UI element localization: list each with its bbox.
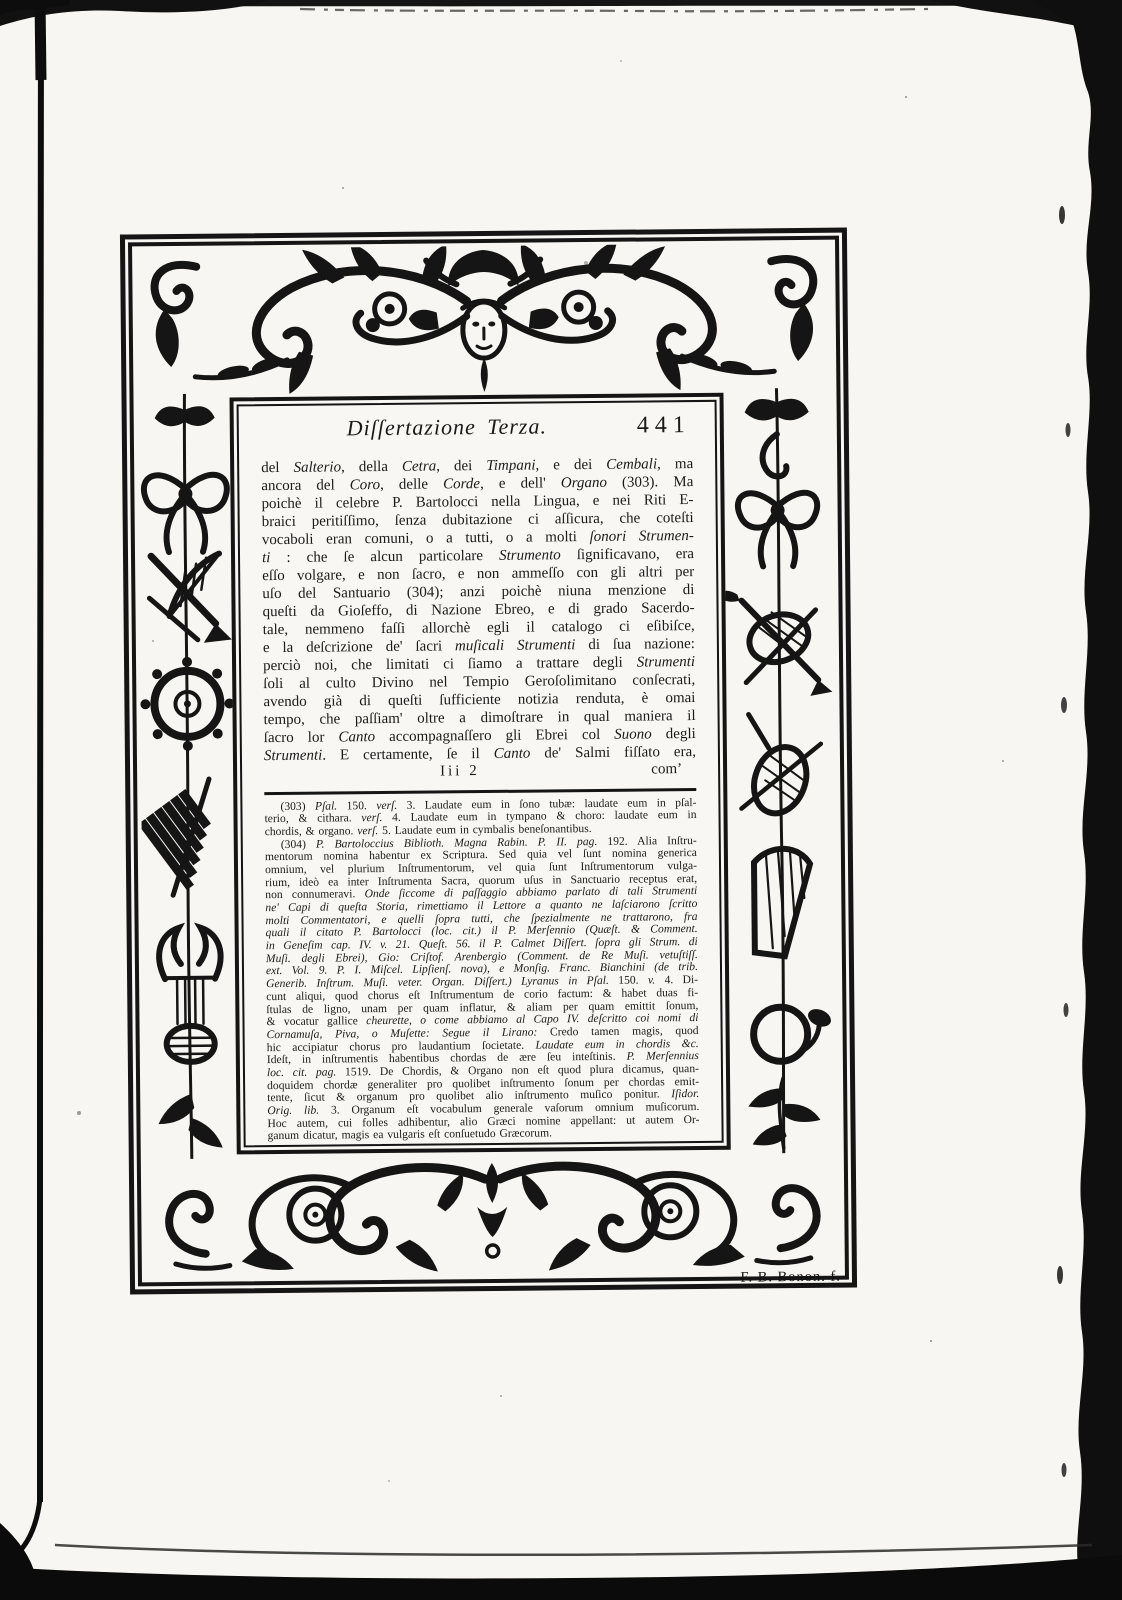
mask-face-icon xyxy=(463,301,506,392)
page-edge-right xyxy=(1032,0,1122,1600)
text-panel: Diſſertazione Terza. 441 del Salterio, d… xyxy=(229,393,730,1155)
ornament-top-engraving xyxy=(136,243,832,400)
text-panel-inner-border: Diſſertazione Terza. 441 del Salterio, d… xyxy=(237,400,724,1148)
page-edge-bottom xyxy=(0,1505,1122,1600)
footnote-304: (304) P. Bartoloccius Biblioth. Magna Ra… xyxy=(265,835,700,1144)
scroll-icon xyxy=(762,434,786,476)
instrument-trophy-left xyxy=(137,393,237,1159)
page-head: Diſſertazione Terza. 441 xyxy=(261,412,693,450)
horn-and-harp-icon xyxy=(149,553,232,643)
text-line: ganum dicatur, magis ea vulgaris eſt con… xyxy=(268,1126,700,1143)
footnote-rule xyxy=(264,788,696,795)
footnote-303: (303) Pſal. 150. verſ. 3. Laudate eum in… xyxy=(264,797,696,839)
gutter-shadow xyxy=(0,0,70,1600)
page-number: 441 xyxy=(637,412,691,440)
body-text: del Salterio, della Cetra, dei Timpani, … xyxy=(261,455,696,765)
tambourine-icon xyxy=(140,656,235,751)
engraver-credit: F. B. Bonon. f. xyxy=(740,1269,841,1287)
ornament-bottom-engraving xyxy=(145,1148,841,1279)
leaf-spray-icon xyxy=(158,1094,194,1124)
page-edge-top xyxy=(0,0,1122,36)
hunting-horn-icon xyxy=(753,1006,834,1062)
bagpipe-icon xyxy=(721,590,832,697)
ornamental-frame: Diſſertazione Terza. 441 del Salterio, d… xyxy=(120,228,857,1295)
catchline: Iii 2 com’ xyxy=(264,761,696,784)
panpipes-icon xyxy=(137,774,237,898)
running-title: Diſſertazione Terza. xyxy=(261,413,633,443)
instrument-trophy-right xyxy=(721,388,839,1154)
gathering-signature-mark: Iii 2 xyxy=(440,763,480,780)
scanned-book-page: Diſſertazione Terza. 441 del Salterio, d… xyxy=(0,0,1122,1600)
catchword: com’ xyxy=(651,761,682,778)
paper-speckles xyxy=(0,0,2,2)
